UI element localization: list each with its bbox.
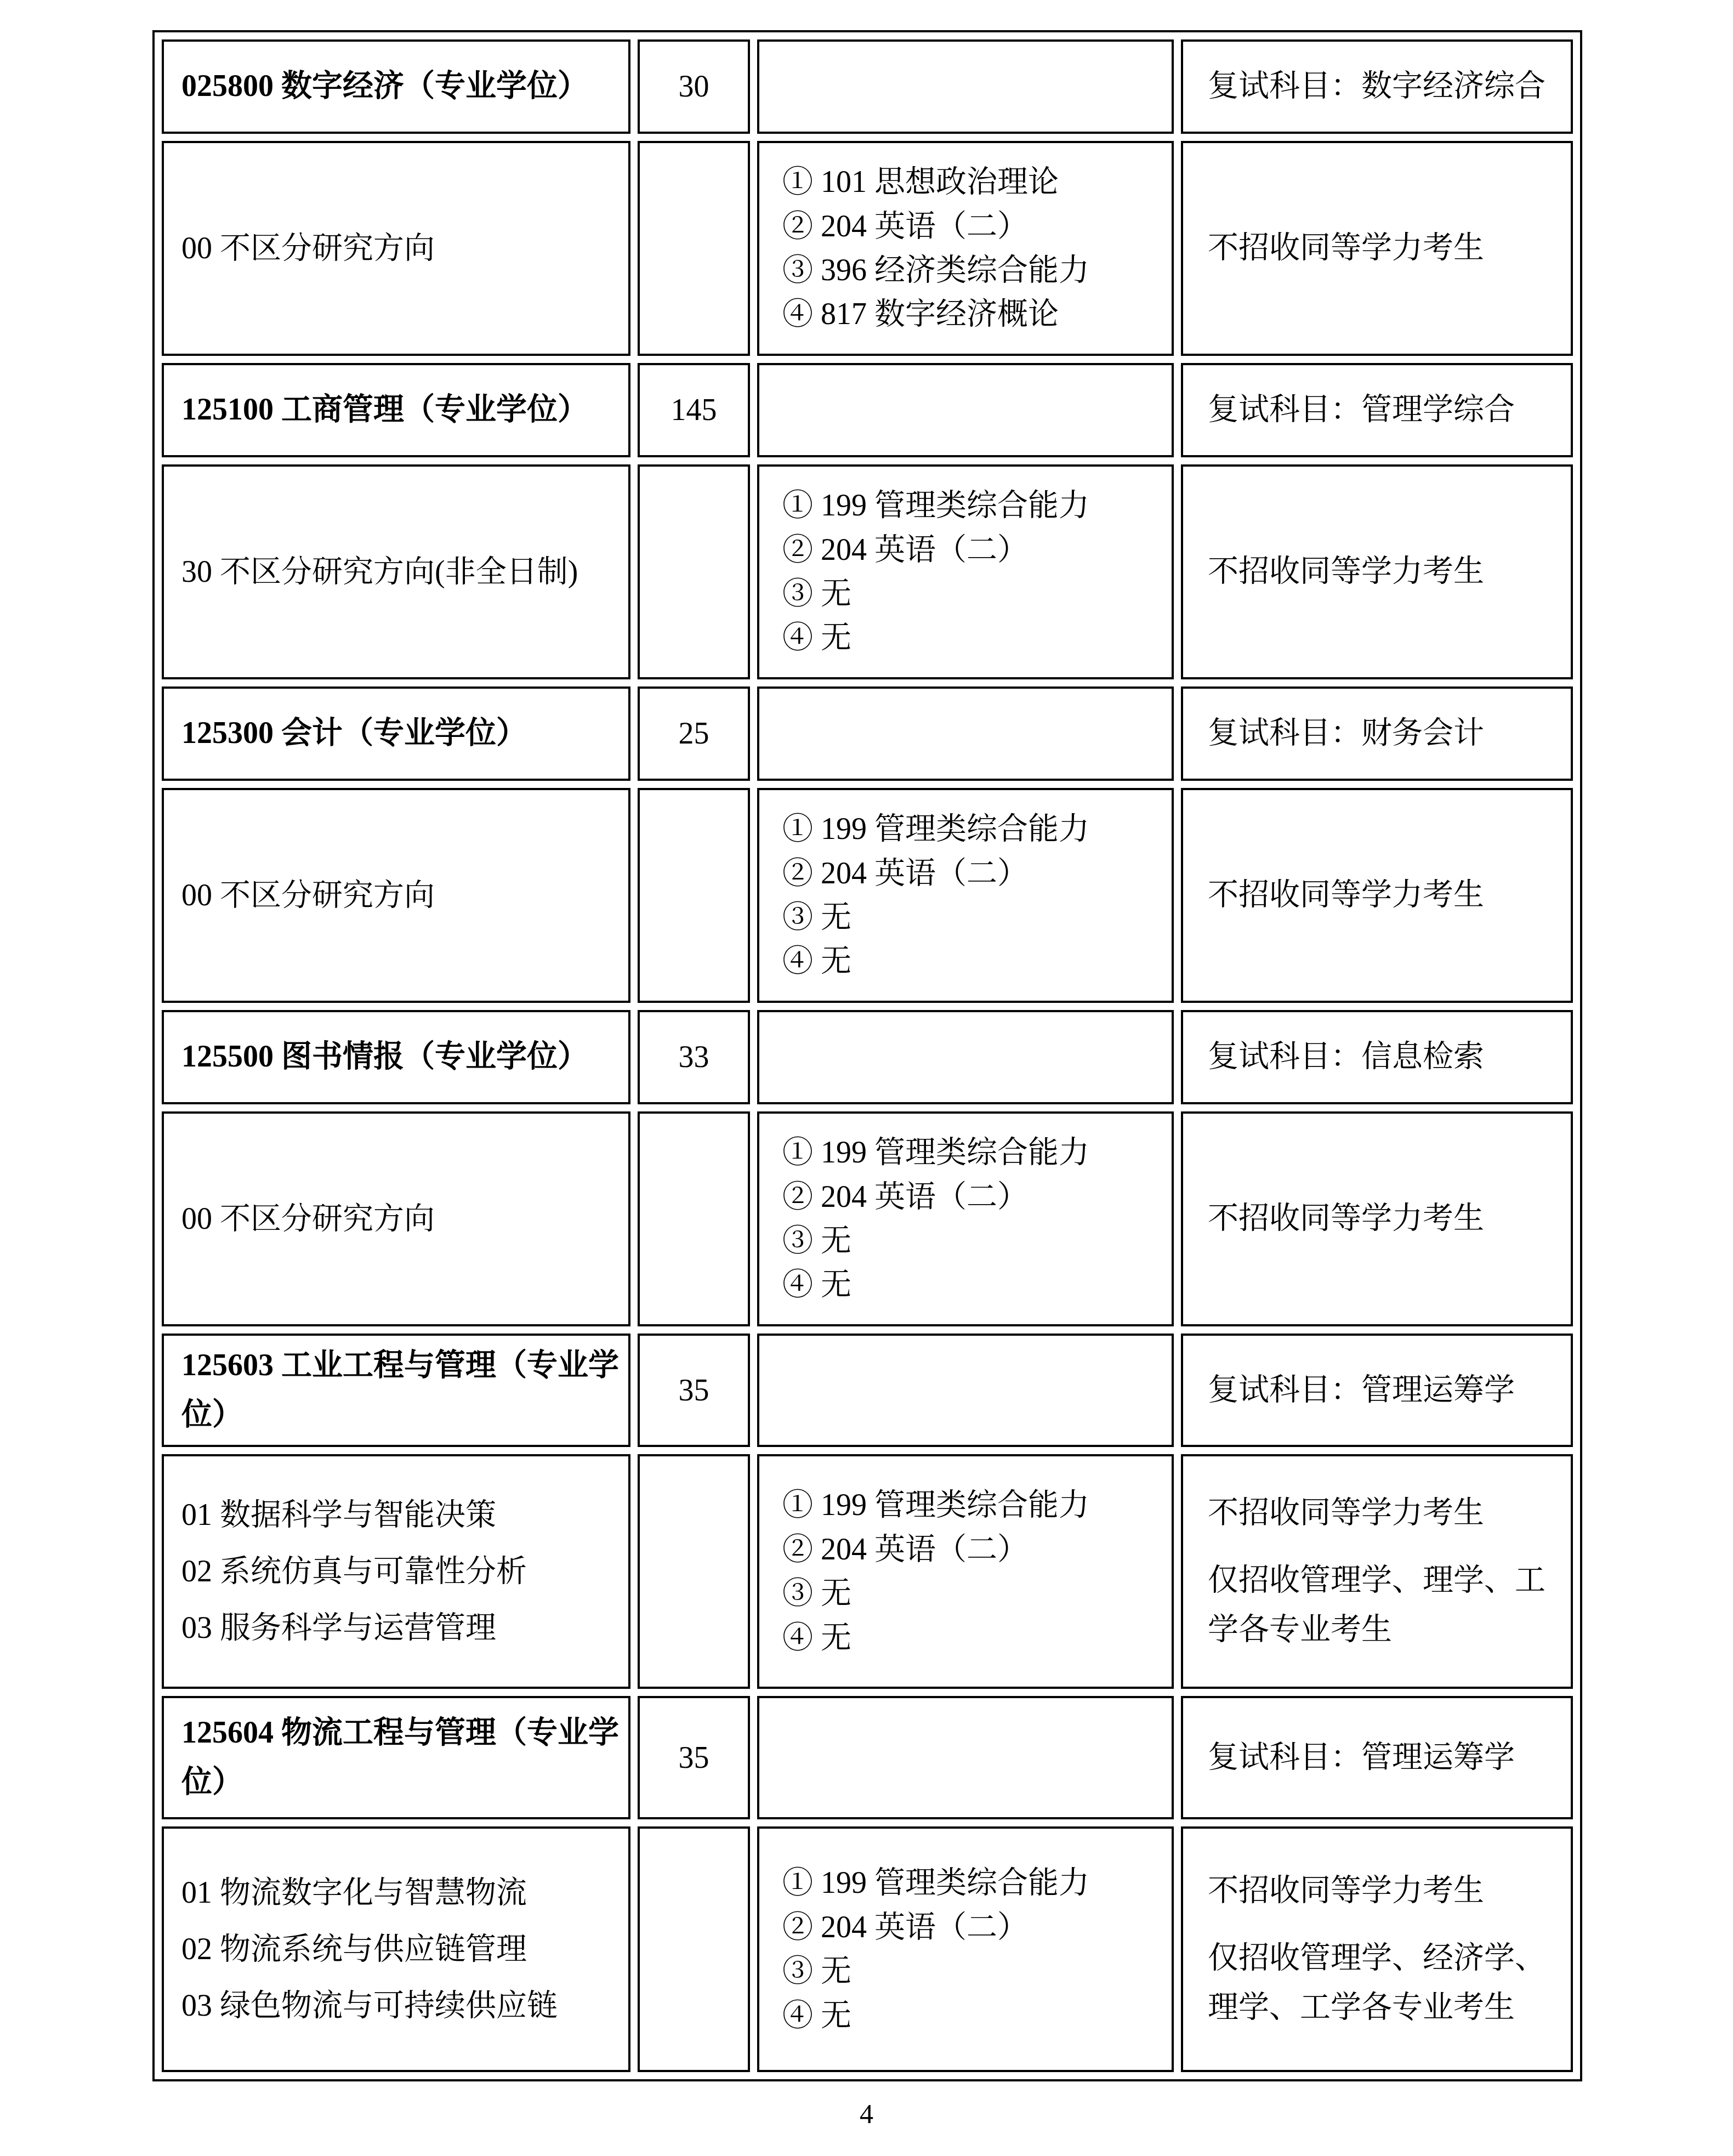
- remarks-cell: 复试科目：管理运筹学: [1181, 1696, 1573, 1819]
- program-title: 125603 工业工程与管理（专业学位）: [181, 1341, 623, 1439]
- remark-line: 不招收同等学力考生: [1208, 1194, 1562, 1244]
- directions-cell: 01 数据科学与智能决策02 系统仿真与可靠性分析03 服务科学与运营管理: [162, 1454, 630, 1689]
- remarks-cell: 不招收同等学力考生: [1181, 141, 1573, 356]
- direction-line: 02 系统仿真与可靠性分析: [181, 1552, 623, 1592]
- subject-line: ③ 无: [782, 1223, 1166, 1258]
- quota-cell: [638, 1454, 750, 1689]
- quota-cell: [638, 788, 750, 1003]
- directions-cell: 01 物流数字化与智慧物流02 物流系统与供应链管理03 绿色物流与可持续供应链: [162, 1826, 630, 2072]
- table-row: 30 不区分研究方向(非全日制)① 199 管理类综合能力② 204 英语（二）…: [162, 464, 1573, 679]
- quota-cell: 25: [638, 686, 750, 781]
- quota-value: 30: [640, 69, 748, 104]
- direction-line: 00 不区分研究方向: [181, 1199, 623, 1239]
- program-title: 125500 图书情报（专业学位）: [181, 1032, 623, 1082]
- quota-cell: 35: [638, 1696, 750, 1819]
- direction-line: 00 不区分研究方向: [181, 876, 623, 916]
- direction-line: 03 绿色物流与可持续供应链: [181, 1986, 623, 2026]
- quota-value: 145: [640, 393, 748, 428]
- table-row: 125604 物流工程与管理（专业学位）35复试科目：管理运筹学: [162, 1696, 1573, 1819]
- remark-line: 复试科目：管理运筹学: [1208, 1366, 1562, 1415]
- quota-value: 35: [640, 1373, 748, 1408]
- remark-line: 不招收同等学力考生: [1208, 871, 1562, 920]
- subject-line: ① 199 管理类综合能力: [782, 1865, 1166, 1900]
- direction-line: 01 数据科学与智能决策: [181, 1495, 623, 1535]
- direction-line: 01 物流数字化与智慧物流: [181, 1873, 623, 1913]
- admissions-table-body: 025800 数字经济（专业学位）30复试科目：数字经济综合00 不区分研究方向…: [162, 39, 1573, 2072]
- table-row: 00 不区分研究方向① 101 思想政治理论② 204 英语（二）③ 396 经…: [162, 141, 1573, 356]
- quota-cell: [638, 141, 750, 356]
- subject-line: ④ 817 数字经济概论: [782, 297, 1166, 332]
- subject-line: ③ 无: [782, 576, 1166, 611]
- subject-line: ① 199 管理类综合能力: [782, 1135, 1166, 1170]
- remarks-cell: 不招收同等学力考生仅招收管理学、经济学、理学、工学各专业考生: [1181, 1826, 1573, 2072]
- subject-line: ④ 无: [782, 1998, 1166, 2033]
- program-cell: 025800 数字经济（专业学位）: [162, 39, 630, 134]
- directions-cell: 00 不区分研究方向: [162, 788, 630, 1003]
- subjects-cell: ① 199 管理类综合能力② 204 英语（二）③ 无④ 无: [757, 464, 1174, 679]
- remarks-cell: 复试科目：管理学综合: [1181, 363, 1573, 457]
- remark-line: 不招收同等学力考生: [1208, 1866, 1562, 1916]
- direction-line: 03 服务科学与运营管理: [181, 1608, 623, 1648]
- directions-cell: 00 不区分研究方向: [162, 1111, 630, 1326]
- remarks-cell: 不招收同等学力考生: [1181, 788, 1573, 1003]
- subject-line: ④ 无: [782, 944, 1166, 979]
- remarks-cell: 复试科目：数字经济综合: [1181, 39, 1573, 134]
- subjects-cell: ① 101 思想政治理论② 204 英语（二）③ 396 经济类综合能力④ 81…: [757, 141, 1174, 356]
- remarks-cell: 不招收同等学力考生: [1181, 1111, 1573, 1326]
- table-row: 00 不区分研究方向① 199 管理类综合能力② 204 英语（二）③ 无④ 无…: [162, 788, 1573, 1003]
- program-title: 125604 物流工程与管理（专业学位）: [181, 1709, 623, 1807]
- subject-line: ③ 无: [782, 1954, 1166, 1989]
- subjects-cell: [757, 686, 1174, 781]
- subjects-cell: [757, 1696, 1174, 1819]
- subject-line: ② 204 英语（二）: [782, 532, 1166, 568]
- subject-line: ③ 无: [782, 1576, 1166, 1611]
- subject-line: ② 204 英语（二）: [782, 1179, 1166, 1215]
- program-cell: 125300 会计（专业学位）: [162, 686, 630, 781]
- remark-line: 复试科目：数字经济综合: [1208, 62, 1562, 111]
- remark-line: 复试科目：财务会计: [1208, 709, 1562, 758]
- quota-value: 25: [640, 716, 748, 751]
- direction-line: 02 物流系统与供应链管理: [181, 1930, 623, 1970]
- subjects-cell: [757, 363, 1174, 457]
- remark-line: 复试科目：信息检索: [1208, 1032, 1562, 1082]
- remark-line: 不招收同等学力考生: [1208, 1489, 1562, 1538]
- remarks-cell: 复试科目：管理运筹学: [1181, 1334, 1573, 1447]
- quota-cell: 35: [638, 1334, 750, 1447]
- program-cell: 125100 工商管理（专业学位）: [162, 363, 630, 457]
- directions-cell: 30 不区分研究方向(非全日制): [162, 464, 630, 679]
- table-row: 01 物流数字化与智慧物流02 物流系统与供应链管理03 绿色物流与可持续供应链…: [162, 1826, 1573, 2072]
- program-title: 125300 会计（专业学位）: [181, 709, 623, 758]
- quota-cell: [638, 1826, 750, 2072]
- quota-cell: 33: [638, 1010, 750, 1104]
- remark-line: 复试科目：管理学综合: [1208, 385, 1562, 435]
- program-title: 125100 工商管理（专业学位）: [181, 385, 623, 435]
- remark-line: 不招收同等学力考生: [1208, 224, 1562, 273]
- subjects-cell: ① 199 管理类综合能力② 204 英语（二）③ 无④ 无: [757, 1454, 1174, 1689]
- subjects-cell: ① 199 管理类综合能力② 204 英语（二）③ 无④ 无: [757, 788, 1174, 1003]
- table-row: 125500 图书情报（专业学位）33复试科目：信息检索: [162, 1010, 1573, 1104]
- subjects-cell: [757, 1010, 1174, 1104]
- subject-line: ① 101 思想政治理论: [782, 164, 1166, 200]
- quota-cell: [638, 464, 750, 679]
- table-row: 125100 工商管理（专业学位）145复试科目：管理学综合: [162, 363, 1573, 457]
- direction-line: 30 不区分研究方向(非全日制): [181, 552, 623, 592]
- quota-value: 33: [640, 1040, 748, 1075]
- quota-cell: 145: [638, 363, 750, 457]
- remarks-cell: 不招收同等学力考生仅招收管理学、理学、工学各专业考生: [1181, 1454, 1573, 1689]
- subject-line: ② 204 英语（二）: [782, 1532, 1166, 1567]
- quota-value: 35: [640, 1740, 748, 1775]
- remarks-cell: 复试科目：财务会计: [1181, 686, 1573, 781]
- subject-line: ③ 396 经济类综合能力: [782, 253, 1166, 288]
- subjects-cell: [757, 1334, 1174, 1447]
- table-row: 00 不区分研究方向① 199 管理类综合能力② 204 英语（二）③ 无④ 无…: [162, 1111, 1573, 1326]
- remarks-cell: 不招收同等学力考生: [1181, 464, 1573, 679]
- direction-line: 00 不区分研究方向: [181, 229, 623, 269]
- program-cell: 125603 工业工程与管理（专业学位）: [162, 1334, 630, 1447]
- remark-line: 仅招收管理学、理学、工学各专业考生: [1208, 1556, 1562, 1654]
- subjects-cell: [757, 39, 1174, 134]
- subject-line: ② 204 英语（二）: [782, 1910, 1166, 1945]
- table-row: 025800 数字经济（专业学位）30复试科目：数字经济综合: [162, 39, 1573, 134]
- subject-line: ② 204 英语（二）: [782, 856, 1166, 891]
- directions-cell: 00 不区分研究方向: [162, 141, 630, 356]
- quota-cell: [638, 1111, 750, 1326]
- subject-line: ① 199 管理类综合能力: [782, 488, 1166, 523]
- table-row: 125603 工业工程与管理（专业学位）35复试科目：管理运筹学: [162, 1334, 1573, 1447]
- program-cell: 125604 物流工程与管理（专业学位）: [162, 1696, 630, 1819]
- subject-line: ③ 无: [782, 900, 1166, 935]
- program-title: 025800 数字经济（专业学位）: [181, 62, 623, 111]
- table-row: 125300 会计（专业学位）25复试科目：财务会计: [162, 686, 1573, 781]
- subject-line: ④ 无: [782, 620, 1166, 655]
- page-number: 4: [0, 2098, 1733, 2130]
- subjects-cell: ① 199 管理类综合能力② 204 英语（二）③ 无④ 无: [757, 1111, 1174, 1326]
- subject-line: ① 199 管理类综合能力: [782, 812, 1166, 847]
- subject-line: ① 199 管理类综合能力: [782, 1488, 1166, 1523]
- remark-line: 仅招收管理学、经济学、理学、工学各专业考生: [1208, 1934, 1562, 2032]
- program-cell: 125500 图书情报（专业学位）: [162, 1010, 630, 1104]
- subjects-cell: ① 199 管理类综合能力② 204 英语（二）③ 无④ 无: [757, 1826, 1174, 2072]
- remark-line: 复试科目：管理运筹学: [1208, 1733, 1562, 1783]
- admissions-table: 025800 数字经济（专业学位）30复试科目：数字经济综合00 不区分研究方向…: [152, 30, 1582, 2081]
- quota-cell: 30: [638, 39, 750, 134]
- remarks-cell: 复试科目：信息检索: [1181, 1010, 1573, 1104]
- subject-line: ④ 无: [782, 1620, 1166, 1655]
- remark-line: 不招收同等学力考生: [1208, 547, 1562, 597]
- table-row: 01 数据科学与智能决策02 系统仿真与可靠性分析03 服务科学与运营管理① 1…: [162, 1454, 1573, 1689]
- subject-line: ④ 无: [782, 1267, 1166, 1302]
- subject-line: ② 204 英语（二）: [782, 209, 1166, 244]
- document-page: 025800 数字经济（专业学位）30复试科目：数字经济综合00 不区分研究方向…: [0, 0, 1733, 2156]
